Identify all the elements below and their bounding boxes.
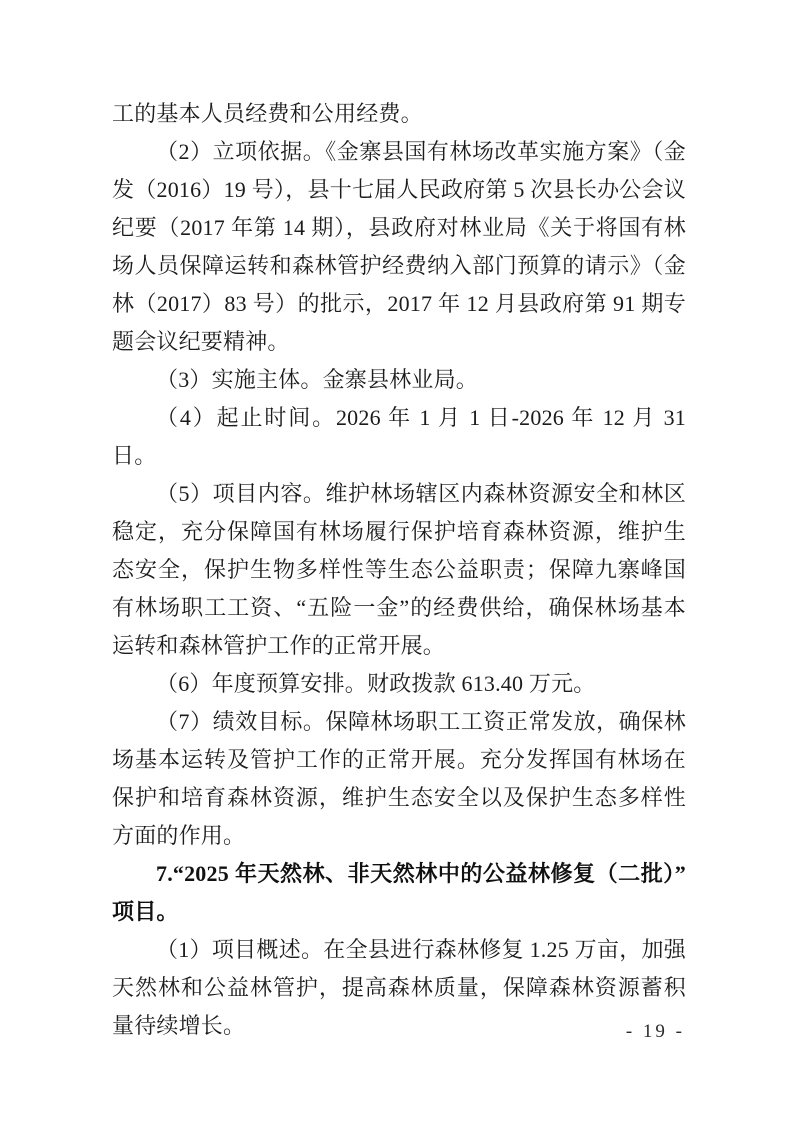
paragraph-annual-budget: （6）年度预算安排。财政拨款 613.40 万元。 — [112, 665, 686, 703]
paragraph-implementing-entity: （3）实施主体。金寨县林业局。 — [112, 361, 686, 399]
document-body: 工的基本人员经费和公用经费。 （2）立项依据。《金寨县国有林场改革实施方案》（金… — [112, 95, 686, 1045]
paragraph-performance-goals: （7）绩效目标。保障林场职工工资正常发放，确保林场基本运转及管护工作的正常开展。… — [112, 703, 686, 855]
paragraph-project-content: （5）项目内容。维护林场辖区内森林资源安全和林区稳定，充分保障国有林场履行保护培… — [112, 475, 686, 665]
paragraph-carryover: 工的基本人员经费和公用经费。 — [112, 95, 686, 133]
paragraph-time-period: （4）起止时间。2026 年 1 月 1 日-2026 年 12 月 31 日。 — [112, 399, 686, 475]
paragraph-project-basis: （2）立项依据。《金寨县国有林场改革实施方案》（金发（2016）19 号），县十… — [112, 133, 686, 361]
page-number: - 19 - — [626, 1020, 685, 1044]
document-page: 工的基本人员经费和公用经费。 （2）立项依据。《金寨县国有林场改革实施方案》（金… — [0, 0, 793, 1122]
paragraph-project-overview: （1）项目概述。在全县进行森林修复 1.25 万亩，加强天然林和公益林管护，提高… — [112, 931, 686, 1045]
section-heading-project-7: 7.“2025 年天然林、非天然林中的公益林修复（二批）”项目。 — [112, 855, 686, 931]
